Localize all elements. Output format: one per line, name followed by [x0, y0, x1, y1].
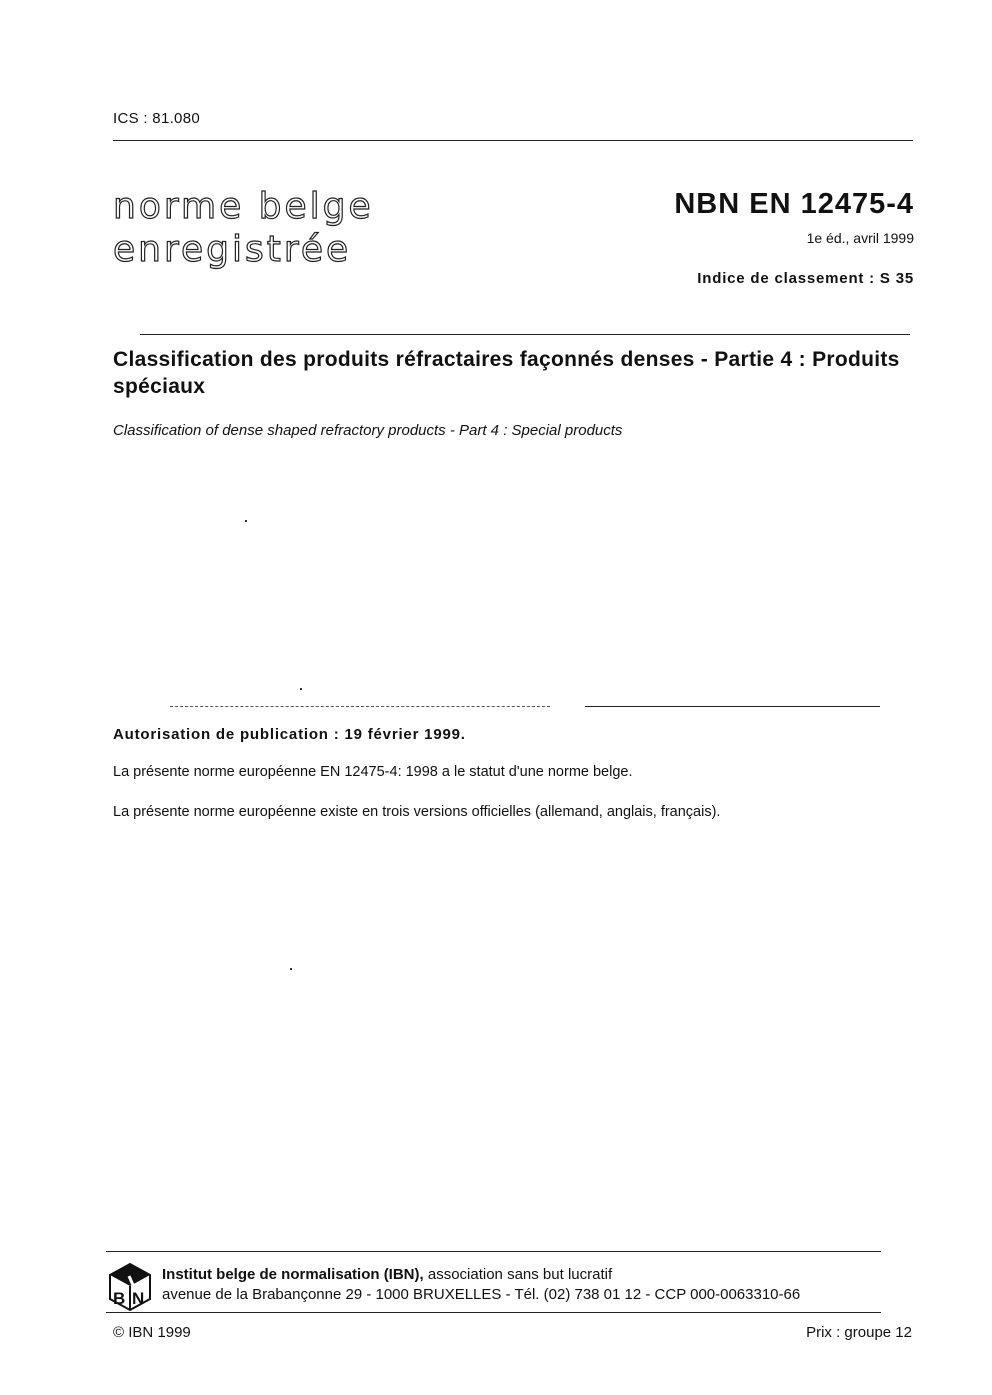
body-divider-left — [170, 706, 550, 707]
svg-text:B: B — [113, 1289, 125, 1308]
ics-code: ICS : 81.080 — [113, 110, 200, 127]
scan-speck — [245, 520, 247, 522]
footer-top-divider — [106, 1251, 881, 1252]
institute-line: Institut belge de normalisation (IBN), a… — [162, 1266, 612, 1283]
edition-date: 1e éd., avril 1999 — [807, 230, 914, 246]
norme-belge-label: norme belge — [113, 186, 374, 228]
publication-authorization: Autorisation de publication : 19 février… — [113, 726, 466, 743]
versions-paragraph: La présente norme européenne existe en t… — [113, 804, 720, 820]
institute-description: association sans but lucratif — [424, 1266, 612, 1283]
title-french: Classification des produits réfractaires… — [113, 346, 923, 400]
price-group: Prix : groupe 12 — [806, 1324, 912, 1341]
ibn-logo-icon: B N — [108, 1262, 152, 1312]
standard-number: NBN EN 12475-4 — [674, 188, 914, 221]
svg-text:N: N — [132, 1289, 144, 1308]
status-paragraph: La présente norme européenne EN 12475-4:… — [113, 764, 633, 780]
classification-index: Indice de classement : S 35 — [697, 270, 914, 287]
enregistree-label: enregistrée — [113, 229, 351, 271]
scan-speck — [290, 968, 292, 970]
scan-speck — [300, 688, 302, 690]
footer-bottom-divider — [106, 1312, 881, 1313]
institute-address: avenue de la Brabançonne 29 - 1000 BRUXE… — [162, 1286, 800, 1303]
copyright: © IBN 1999 — [113, 1324, 191, 1341]
title-english: Classification of dense shaped refractor… — [113, 422, 622, 439]
body-divider-right — [585, 706, 880, 707]
institute-name: Institut belge de normalisation (IBN), — [162, 1266, 424, 1283]
header-divider — [113, 140, 913, 141]
title-divider — [140, 334, 910, 335]
